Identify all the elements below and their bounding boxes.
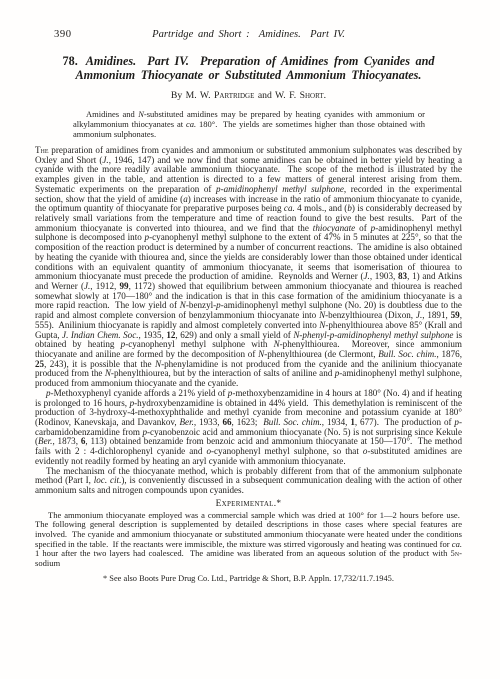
article-title: 78.Amidines. Part IV. Preparation of Ami… (43, 55, 454, 82)
page-number: 390 (54, 28, 72, 41)
body-paragraph-3: The mechanism of the thiocyanate method,… (35, 467, 462, 496)
article-number: 78. (63, 54, 86, 68)
page-header: 390 Partridge and Short : Amidines. Part… (35, 28, 462, 41)
body-paragraph-2: p-Methoxyphenyl cyanide affords a 21% yi… (35, 389, 462, 467)
byline: By M. W. Partridge and W. F. Short. (35, 90, 462, 101)
running-head: Partridge and Short : Amidines. Part IV. (35, 28, 462, 41)
experimental-heading: Experimental.* (35, 499, 462, 509)
article-body: The preparation of amidines from cyanide… (35, 146, 462, 496)
article-title-text: Amidines. Part IV. Preparation of Amidin… (76, 54, 435, 82)
abstract: Amidines and N-substituted amidines may … (73, 110, 425, 140)
journal-page: 390 Partridge and Short : Amidines. Part… (0, 0, 500, 679)
footnote: * See also Boots Pure Drug Co. Ltd., Par… (35, 574, 462, 583)
body-paragraph-1: The preparation of amidines from cyanide… (35, 146, 462, 389)
experimental-paragraph: The ammonium thiocyanate employed was a … (35, 511, 462, 569)
experimental-section: The ammonium thiocyanate employed was a … (35, 511, 462, 569)
